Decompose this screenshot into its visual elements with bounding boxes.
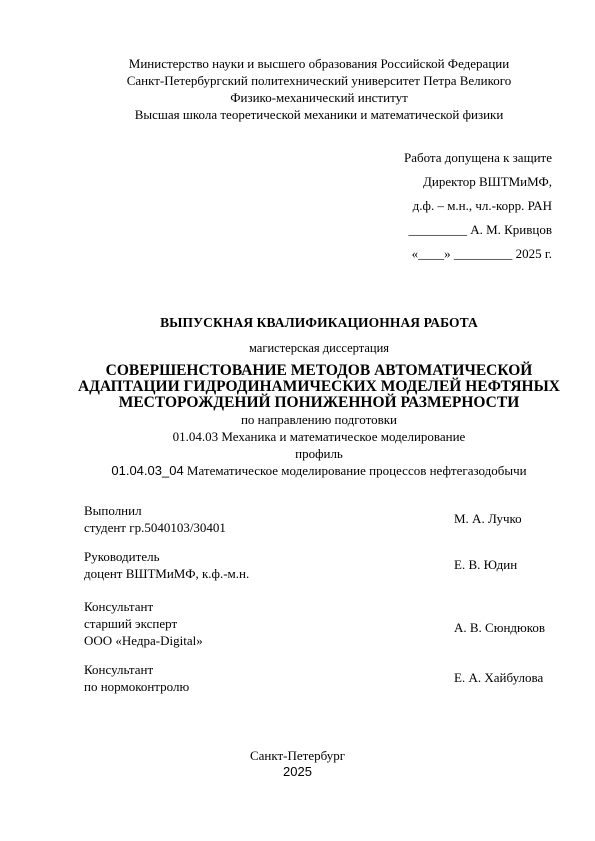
profile-label: профиль <box>0 445 595 462</box>
signers-block: Выполнил студент гр.5040103/30401 М. А. … <box>84 502 564 695</box>
profile-value: 01.04.03_04 Математическое моделирование… <box>0 462 595 479</box>
thesis-title-line: МЕСТОРОЖДЕНИЙ ПОНИЖЕННОЙ РАЗМЕРНОСТИ <box>0 395 595 411</box>
title-page: Министерство науки и высшего образования… <box>0 0 595 841</box>
university-line: Санкт-Петербургский политехнический унив… <box>0 72 595 89</box>
institution-header: Министерство науки и высшего образования… <box>0 55 595 123</box>
signer-name: М. А. Лучко <box>454 510 522 527</box>
year: 2025 <box>0 764 595 780</box>
school-line: Высшая школа теоретической механики и ма… <box>0 106 595 123</box>
city: Санкт-Петербург <box>0 748 595 764</box>
signer-norm-control: Консультант по нормоконтролю Е. А. Хайбу… <box>84 661 564 695</box>
thesis-title-line: АДАПТАЦИИ ГИДРОДИНАМИЧЕСКИХ МОДЕЛЕЙ НЕФТ… <box>0 379 595 395</box>
study-direction: по направлению подготовки 01.04.03 Механ… <box>0 411 595 479</box>
thesis-title-line: СОВЕРШЕНСТОВАНИЕ МЕТОДОВ АВТОМАТИЧЕСКОЙ <box>0 363 595 379</box>
approval-date-line: «____» _________ 2025 г. <box>404 242 552 266</box>
approval-block: Работа допущена к защите Директор ВШТМиМ… <box>404 146 552 266</box>
approver-signature-line: _________ А. М. Кривцов <box>404 218 552 242</box>
approver-position: Директор ВШТМиМФ, <box>404 170 552 194</box>
document-type: ВЫПУСКНАЯ КВАЛИФИКАЦИОННАЯ РАБОТА <box>0 314 595 332</box>
signer-name: Е. А. Хайбулова <box>454 669 543 686</box>
signer-name: А. В. Сюндюков <box>454 619 545 636</box>
direction-label: по направлению подготовки <box>0 411 595 428</box>
institute-line: Физико-механический институт <box>0 89 595 106</box>
footer: Санкт-Петербург 2025 <box>0 748 595 780</box>
signer-supervisor: Руководитель доцент ВШТМиМФ, к.ф.-м.н. Е… <box>84 548 564 582</box>
title-block: ВЫПУСКНАЯ КВАЛИФИКАЦИОННАЯ РАБОТА магист… <box>0 314 595 479</box>
ministry-line: Министерство науки и высшего образования… <box>0 55 595 72</box>
approval-heading: Работа допущена к защите <box>404 146 552 170</box>
signer-name: Е. В. Юдин <box>454 556 517 573</box>
profile-name: Математическое моделирование процессов н… <box>184 463 527 478</box>
signer-author: Выполнил студент гр.5040103/30401 М. А. … <box>84 502 564 536</box>
document-subtype: магистерская диссертация <box>0 340 595 357</box>
approver-degree: д.ф. – м.н., чл.-корр. РАН <box>404 194 552 218</box>
profile-code: 01.04.03_04 <box>111 463 183 478</box>
direction-value: 01.04.03 Механика и математическое модел… <box>0 428 595 445</box>
thesis-title: СОВЕРШЕНСТОВАНИЕ МЕТОДОВ АВТОМАТИЧЕСКОЙ … <box>0 363 595 411</box>
signer-consultant: Консультант старший эксперт ООО «Недра-D… <box>84 598 564 649</box>
role-line: Консультант <box>84 598 564 615</box>
